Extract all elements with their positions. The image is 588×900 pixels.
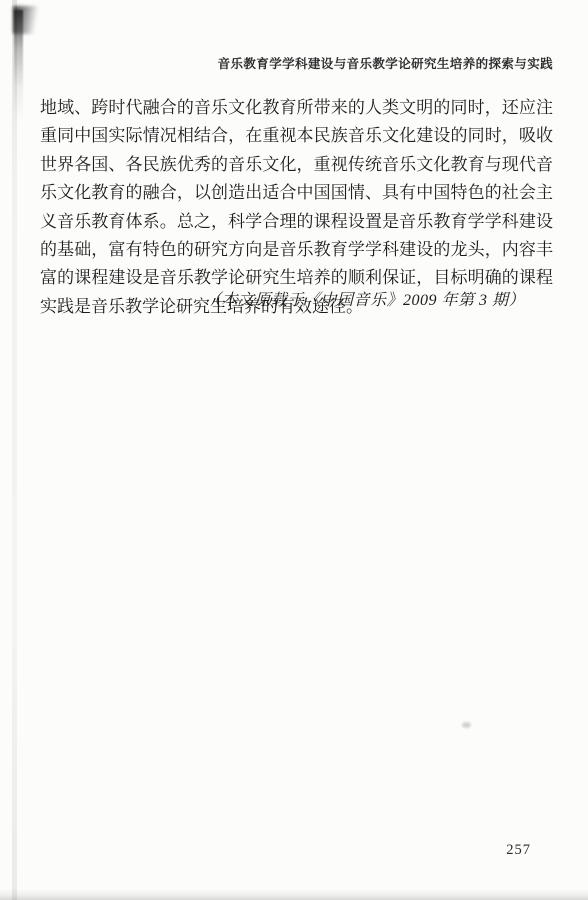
page-number: 257 <box>506 842 531 859</box>
source-attribution: （本文原载于《中国音乐》2009 年第 3 期） <box>205 287 525 310</box>
scanned-book-page: 音乐教育学学科建设与音乐教学论研究生培养的探索与实践 地域、跨时代融合的音乐文化… <box>0 0 588 900</box>
running-header: 音乐教育学学科建设与音乐教学论研究生培养的探索与实践 <box>218 54 553 72</box>
page-bottom-edge-shadow <box>0 888 588 900</box>
page-left-edge-shadow <box>12 0 17 900</box>
scan-speck-artifact <box>462 722 471 728</box>
